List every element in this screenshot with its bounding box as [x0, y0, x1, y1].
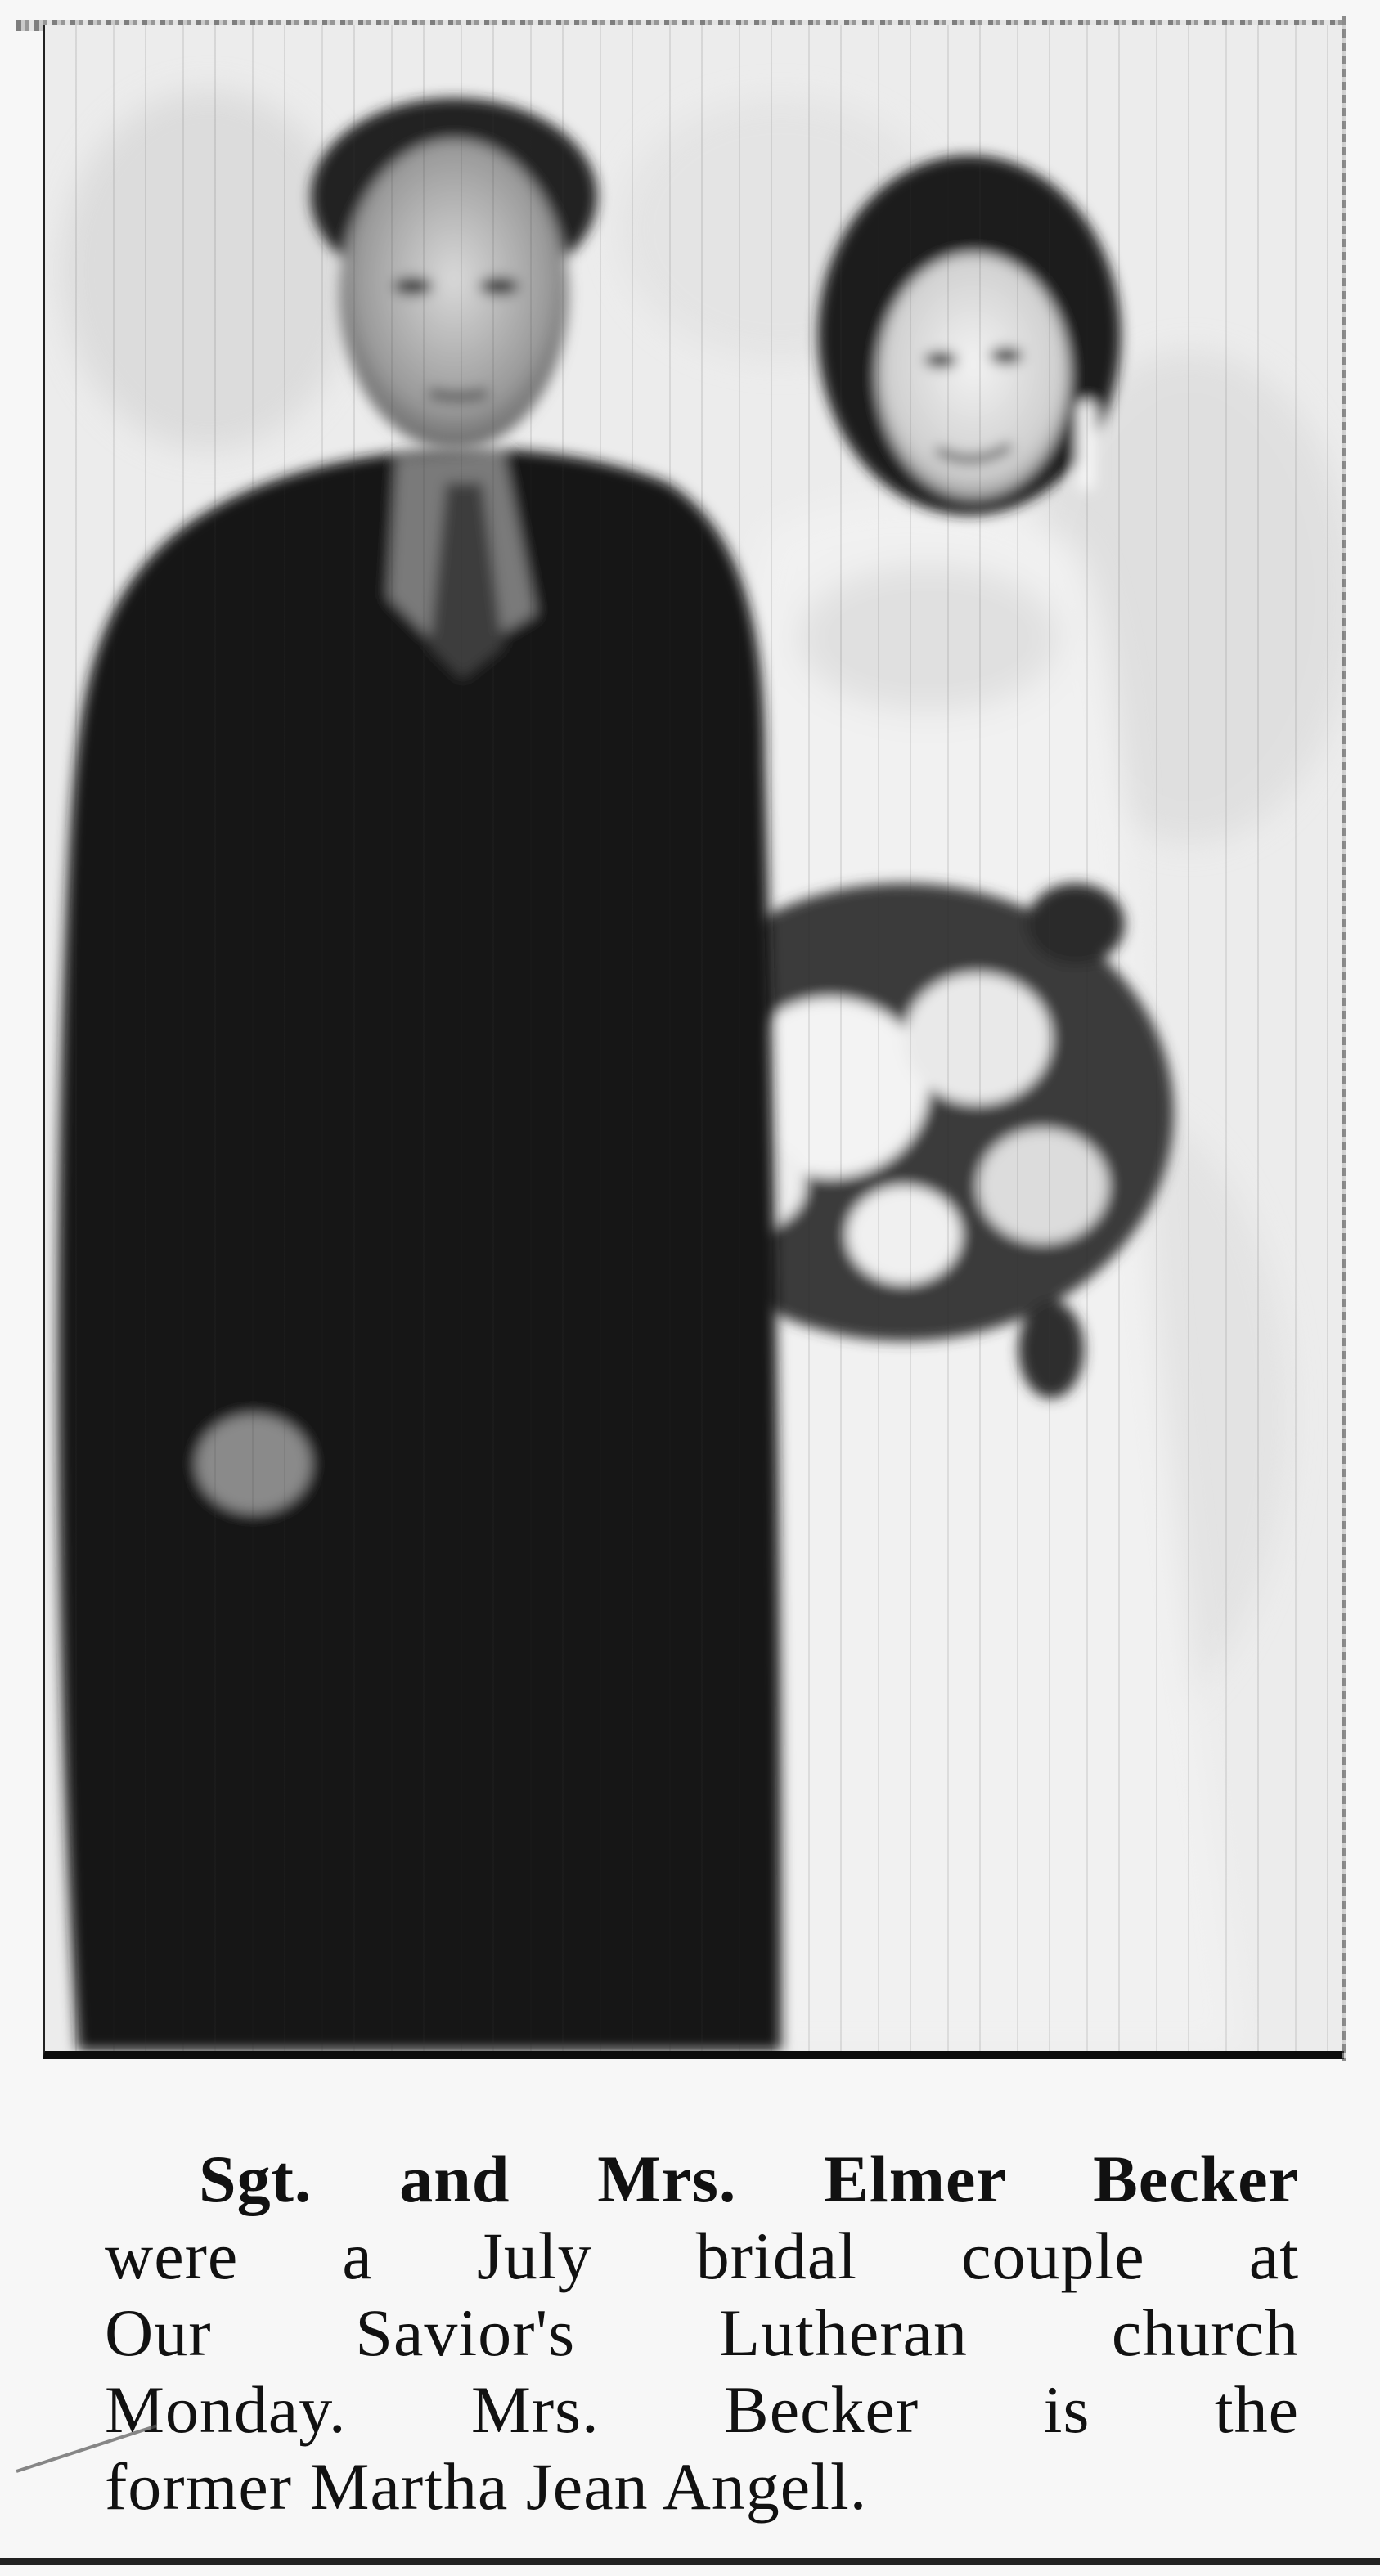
caption-line-1: were a July bridal couple at [105, 2218, 1299, 2295]
wedding-couple-image [45, 25, 1344, 2051]
wedding-photo [43, 25, 1344, 2059]
right-border [1342, 16, 1346, 2061]
caption-line-3: Monday. Mrs. Becker is the [105, 2372, 1299, 2448]
newspaper-clipping: Sgt. and Mrs. Elmer Becker were a July b… [0, 0, 1380, 2576]
caption-line-4: former Martha Jean Angell. [105, 2448, 1299, 2525]
bottom-border-rule [0, 2558, 1380, 2565]
caption-line-2: Our Savior's Lutheran church [105, 2295, 1299, 2372]
caption-lead: Sgt. and Mrs. Elmer Becker [105, 2141, 1299, 2218]
photo-caption: Sgt. and Mrs. Elmer Becker were a July b… [105, 2141, 1299, 2525]
